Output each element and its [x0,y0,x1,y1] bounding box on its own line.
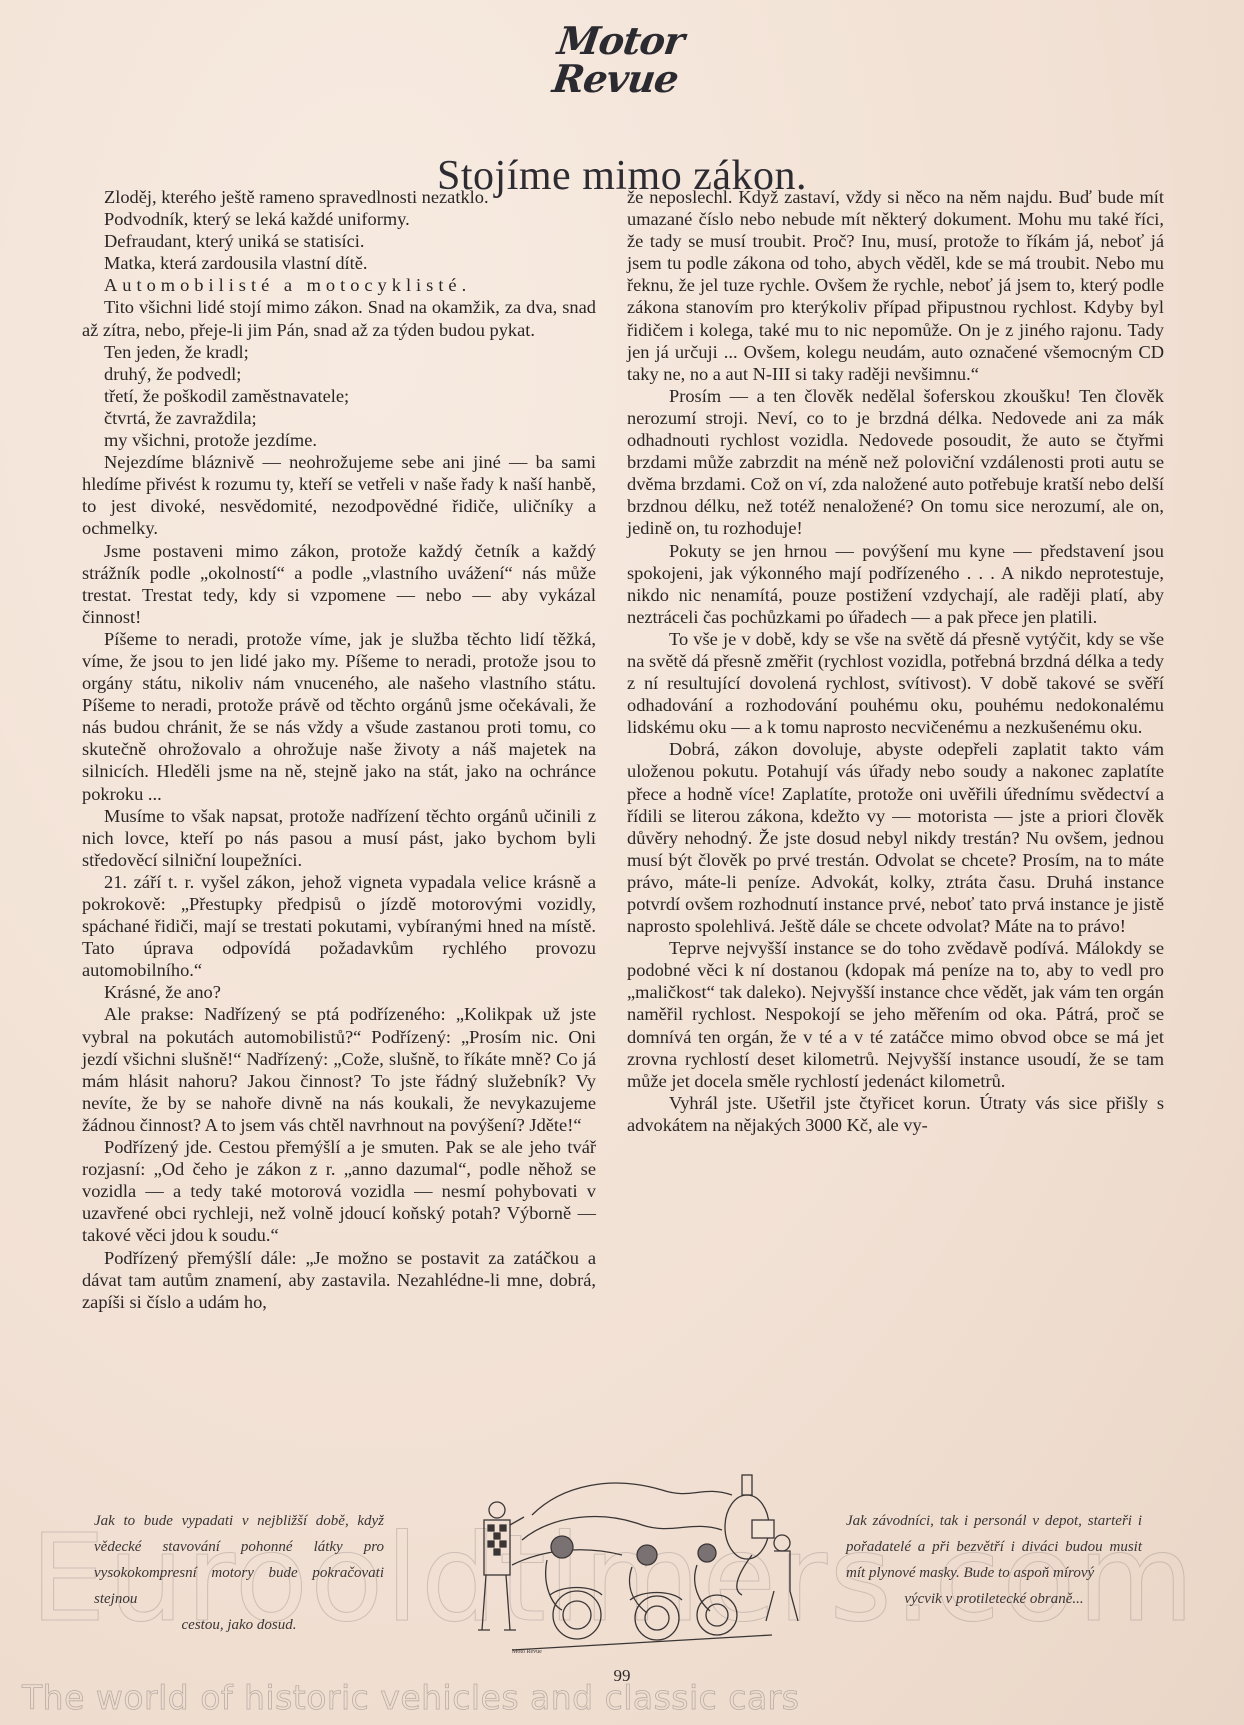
caption-right-last-line: výcvik v protiletecké obraně... [846,1586,1142,1612]
article-paragraph: druhý, že podvedl; [82,363,596,385]
article-paragraph: že neposlechl. Když zastaví, vždy si něc… [627,186,1164,385]
motorcycle-racers-illustration: Moto Revue [452,1455,812,1655]
article-paragraph: Ale prakse: Nadřízený se ptá podřízeného… [82,1003,596,1136]
article-paragraph: Prosím — a ten člověk nedělal šoferskou … [627,385,1164,540]
watermark-tagline: The world of historic vehicles and class… [22,1678,799,1717]
article-column-right: že neposlechl. Když zastaví, vždy si něc… [627,186,1164,1136]
article-paragraph: čtvrtá, že zavraždila; [82,407,596,429]
caption-left-body: Jak to bude vypadati v nejbližší době, k… [94,1513,384,1607]
article-paragraph: Podvodník, který se leká každé uniformy. [82,208,596,230]
article-paragraph: Nejezdíme bláznivě — neohrožujeme sebe a… [82,451,596,539]
article-paragraph: Musíme to však napsat, protože nadřízení… [82,805,596,871]
article-paragraph: Podřízený jde. Cestou přemýšlí a je smut… [82,1136,596,1246]
logo-line-2: Revue [543,60,688,98]
article-paragraph: Dobrá, zákon dovoluje, abyste odepřeli z… [627,738,1164,937]
article-paragraph: 21. září t. r. vyšel zákon, jehož vignet… [82,871,596,981]
article-paragraph: Tito všichni lidé stojí mimo zákon. Snad… [82,296,596,340]
article-paragraph: Vyhrál jste. Ušetřil jste čtyřicet korun… [627,1092,1164,1136]
article-paragraph: Pokuty se jen hrnou — povýšení mu kyne —… [627,540,1164,628]
article-paragraph: Píšeme to neradi, protože víme, jak je s… [82,628,596,805]
article-paragraph: Jsme postaveni mimo zákon, protože každý… [82,540,596,628]
logo-line-1: Motor [548,22,693,60]
caption-right-body: Jak závodníci, tak i personál v depot, s… [846,1513,1142,1581]
magazine-page: Eurooldtimers.com Motor Revue Stojíme mi… [0,0,1244,1725]
article-paragraph: třetí, že poškodil zaměstnavatele; [82,385,596,407]
article-paragraph: To vše je v době, kdy se vše na světě dá… [627,628,1164,738]
caption-left: Jak to bude vypadati v nejbližší době, k… [94,1508,384,1638]
article-paragraph: my všichni, protože jezdíme. [82,429,596,451]
article-paragraph: Defraudant, který uniká se statisíci. [82,230,596,252]
magazine-logo: Motor Revue [543,22,694,98]
article-column-left: Zloděj, kterého ještě rameno spravedlnos… [82,186,596,1313]
caption-right: Jak závodníci, tak i personál v depot, s… [846,1508,1142,1612]
article-paragraph: Automobilisté a motocyklisté. [82,274,596,296]
article-paragraph: Teprve nejvyšší instance se do toho zvěd… [627,937,1164,1092]
article-paragraph: Krásné, že ano? [82,981,596,1003]
caption-left-last-line: cestou, jako dosud. [94,1612,384,1638]
article-paragraph: Ten jeden, že kradl; [82,341,596,363]
article-paragraph: Zloděj, kterého ještě rameno spravedlnos… [82,186,596,208]
article-paragraph: Podřízený přemýšlí dále: „Je možno se po… [82,1247,596,1313]
illustration-signature: Moto Revue [512,1649,542,1655]
article-paragraph: Matka, která zardousila vlastní dítě. [82,252,596,274]
